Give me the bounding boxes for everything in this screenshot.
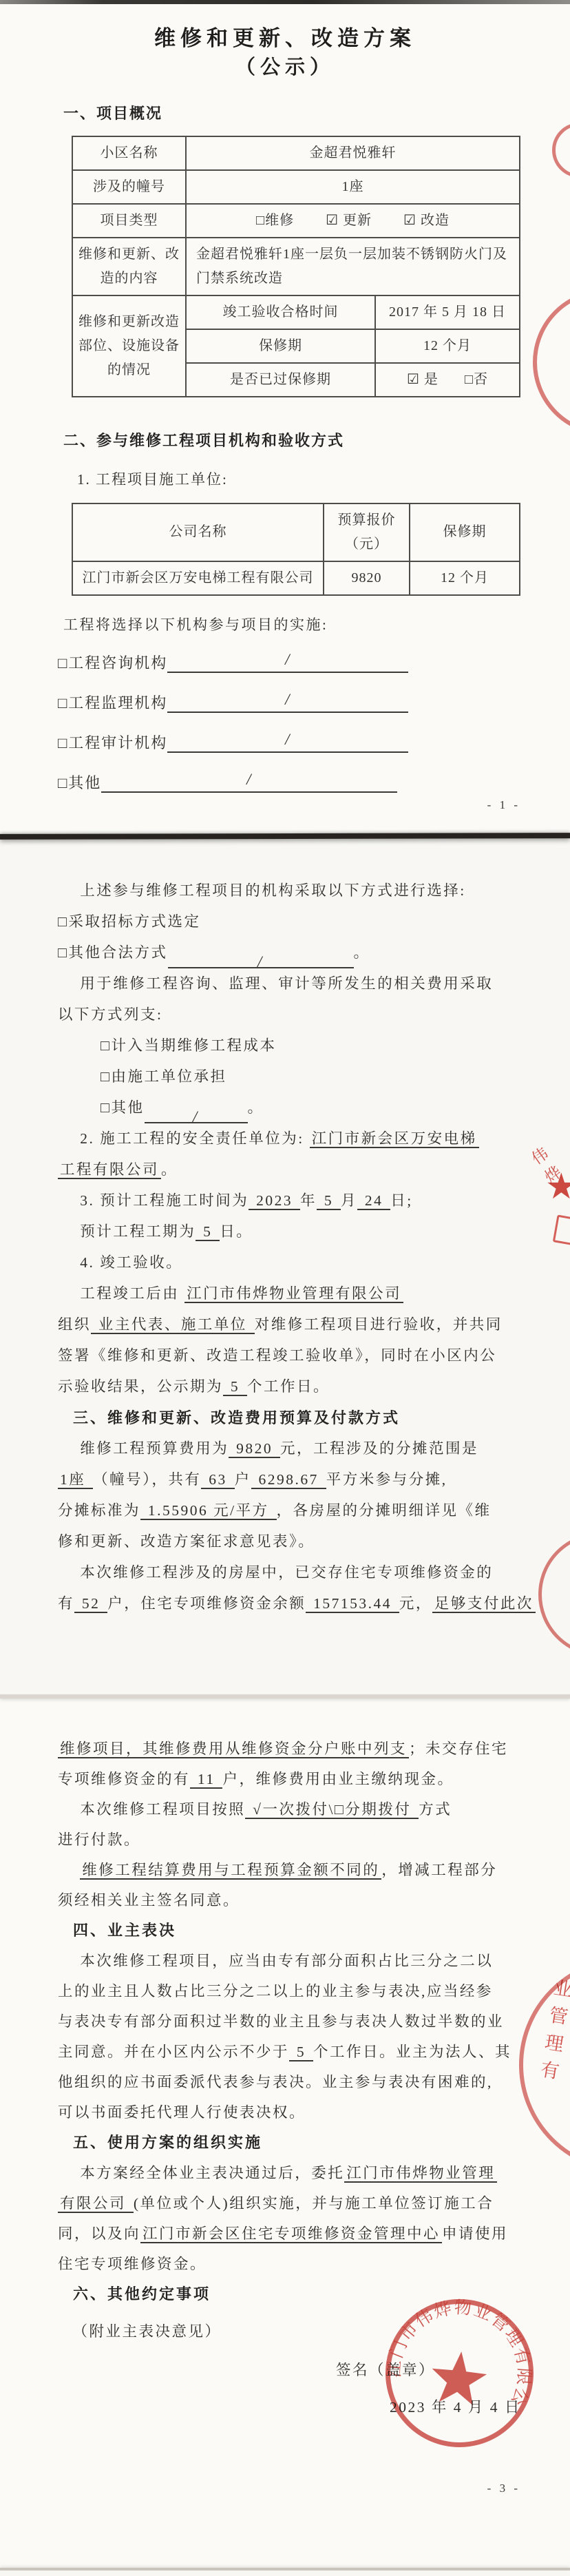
text-line: 工程竣工后由 江门市伟烨物业管理有限公司 [0,1278,570,1309]
text-line: 签署《维修和更新、改造工程竣工验收单》，同时在小区内公 [0,1340,570,1371]
table-row: 维修和更新、改造的内容 金超君悦雅轩1座一层负一层加装不锈钢防火门及门禁系统改造 [72,238,520,295]
text-line: 维修工程预算费用为 9820 元，工程涉及的分摊范围是 [0,1433,570,1464]
underlined-value: 1.55906 元/平方 [140,1502,276,1520]
text-line: □其他合法方式/。 [0,937,570,968]
underlined-value: 5 [317,1192,341,1210]
cell-label: 维修和更新改造部位、设施设备的情况 [72,295,186,397]
cell-value: 金超君悦雅轩1座一层负一层加装不锈钢防火门及门禁系统改造 [186,238,520,295]
text-segment: 元，工程涉及的分摊范围是 [280,1440,478,1457]
text-segment: 户，维修费用由业主缴纳现金。 [222,1771,454,1787]
text-segment: 工程竣工后由 [80,1285,184,1302]
cell-value: ☑ 是 □否 [375,363,520,397]
text-line: 专项维修资金的有 11 户，维修费用由业主缴纳现金。 [0,1764,570,1794]
blank-line: / [167,731,408,753]
text-line: 本次维修工程项目按照 √一次拨付\□分期拨付 方式 [0,1794,570,1825]
cell-budget: 9820 [324,561,410,595]
checkbox-option-renewal: ☑ 更新 [326,209,372,233]
underlined-value: 1座 [58,1471,93,1489]
blank-line: / [167,651,408,673]
text-line: 住宅专项维修资金。 [0,2249,570,2279]
text-line: □由施工单位承担 [0,1061,570,1092]
org-select-intro: 工程将选择以下机构参与项目的实施: [63,614,570,634]
text-segment: 户，住宅专项维修资金余额 [107,1595,306,1612]
text-line: 2. 施工工程的安全责任单位为: 江门市新会区万安电梯 [0,1123,570,1154]
text-segment: 方式 [419,1801,452,1818]
col-header-warranty: 保修期 [410,503,520,561]
text-segment: 元， [399,1595,432,1612]
section-5-heading: 五、使用方案的组织实施 [0,2128,570,2158]
text-segment: 年 [300,1192,317,1209]
text-segment: ，增减工程部分 [381,1862,497,1878]
text-segment: （幢号），共有 [93,1471,201,1488]
underlined-value: 6298.67 [251,1471,326,1489]
checkbox-label: □工程监理机构 [58,694,167,711]
text-line: 与表决专有部分面积过半数的业主且参与表决人数过半数的业 [0,2006,570,2037]
page-number: - 1 - [0,798,570,812]
checkbox-option-repair: □维修 [256,209,294,233]
cell-value: 1座 [186,170,520,204]
contractor-subheading: 1. 工程项目施工单位: [77,468,570,489]
org-option-audit: □工程审计机构/ [58,731,570,754]
text-line: 可以书面委托代理人行使表决权。 [0,2097,570,2128]
text-line: 组织 业主代表、施工单位 对维修工程项目进行验收，并共同 [0,1309,570,1340]
org-option-other: □其他/ [58,771,570,794]
section-3-heading: 三、维修和更新、改造费用预算及付款方式 [0,1402,570,1433]
cell-label: 维修和更新、改造的内容 [72,238,186,295]
text-segment: 个工作日。业主为法人、其 [313,2044,511,2060]
text-line: 上的业主且人数占比三分之二以上的业主参与表决,应当经参 [0,1976,570,2006]
underlined-value: 工程有限公司 [58,1161,161,1179]
text-segment: 平方米参与分摊, [326,1471,447,1488]
blank-line: / [167,691,408,713]
underlined-value: 江门市伟烨物业管理 [344,2165,497,2183]
text-line: 须经相关业主签名同意。 [0,1885,570,1915]
underlined-value: 2023 [249,1192,300,1210]
table-header-row: 公司名称 预算报价（元） 保修期 [72,503,520,561]
text-segment: 本次维修工程项目按照 [80,1801,245,1818]
text-line: 预计工程工期为 5 日。 [0,1216,570,1247]
text-line: 同，以及向江门市新会区住宅专项维修资金管理中心申请使用 [0,2219,570,2249]
section-1-heading: 一、项目概况 [63,102,570,123]
underlined-value: 有限公司 [58,2195,134,2213]
page-2: 上述参与维修工程项目的机构采取以下方式进行选择: □采取招标方式选定 □其他合法… [0,840,570,1696]
text-line: 示验收结果，公示期为 5 个工作日。 [0,1371,570,1402]
underlined-value: 157153.44 [306,1595,399,1613]
text-line: 用于维修工程咨询、监理、审计等所发生的相关费用采取 [0,968,570,999]
text-line: 4. 竣工验收。 [0,1247,570,1278]
page-seam [0,1694,570,1699]
doc-subtitle: （公示） [0,55,570,81]
underlined-value: 足够支付此次 [432,1595,536,1613]
text-segment: 2. 施工工程的安全责任单位为: [80,1130,309,1147]
cell-label: 项目类型 [72,204,186,238]
text-line: 上述参与维修工程项目的机构采取以下方式进行选择: [0,875,570,906]
scan-bottom-edge [0,2568,570,2570]
underlined-value: 业主代表、施工单位 [91,1316,255,1334]
company-seal-stamp: 江门市伟烨物业管理有限公司 [370,2284,548,2462]
text-segment: 3. 预计工程施工时间为 [80,1192,249,1209]
scan-top-edge [0,0,570,4]
text-segment: 有 [58,1595,74,1612]
underlined-value: 江门市新会区住宅专项维修资金管理中心 [140,2225,442,2243]
text-segment: 。 [354,944,370,961]
text-segment: 。 [161,1161,178,1178]
cell-sublabel: 保修期 [186,329,375,363]
cell-value: □维修 ☑ 更新 ☑ 改造 [186,204,520,238]
page-1: 维修和更新、改造方案 （公示） 一、项目概况 小区名称 金超君悦雅轩 涉及的幢号… [0,0,570,835]
text-segment: 专项维修资金的有 [58,1771,190,1787]
text-line: □其他/。 [0,1092,570,1123]
text-line: 分摊标准为 1.55906 元/平方 ，各房屋的分摊明细详见《维 [0,1495,570,1526]
underlined-value: 江门市伟烨物业管理有限公司 [184,1285,403,1303]
table-row: 涉及的幢号 1座 [72,170,520,204]
underlined-value: 52 [74,1595,107,1613]
blank-line: / [145,1101,248,1123]
text-segment: 维修工程预算费用为 [80,1440,229,1457]
underlined-value: 江门市新会区万安电梯 [310,1130,479,1148]
text-segment: 同，以及向 [58,2225,140,2242]
text-line: 本次维修工程涉及的房屋中，已交存住宅专项维修资金的 [0,1557,570,1588]
section-2-heading: 二、参与维修工程项目机构和验收方式 [63,429,570,450]
underlined-value: 24 [357,1192,390,1210]
slash-mark: / [285,691,291,708]
checkbox-label: □工程咨询机构 [58,654,167,672]
text-segment: 预计工程工期为 [80,1223,196,1240]
text-line: 有限公司 (单位或个人)组织实施，并与施工单位签订施工合 [0,2188,570,2219]
slash-mark: / [285,651,291,668]
text-segment: ，各房屋的分摊明细详见《维 [277,1502,492,1519]
underlined-value: 63 [201,1471,234,1489]
section-4-heading: 四、业主表决 [0,1915,570,1946]
org-option-consulting: □工程咨询机构/ [58,651,570,674]
underlined-value: 5 [196,1223,220,1241]
text-segment: 户 [235,1471,251,1488]
text-segment: 申请使用 [442,2225,508,2242]
contractor-table: 公司名称 预算报价（元） 保修期 江门市新会区万安电梯工程有限公司 9820 1… [72,503,520,596]
checkbox-label: □其他 [101,1099,145,1116]
cell-company: 江门市新会区万安电梯工程有限公司 [72,561,324,595]
project-overview-table: 小区名称 金超君悦雅轩 涉及的幢号 1座 项目类型 □维修 ☑ 更新 ☑ 改造 … [72,136,520,397]
text-line: 本方案经全体业主表决通过后，委托江门市伟烨物业管理 [0,2158,570,2188]
cell-sublabel: 是否已过保修期 [186,363,375,397]
table-row: 项目类型 □维修 ☑ 更新 ☑ 改造 [72,204,520,238]
seal-star-icon [429,2349,489,2407]
org-option-supervision: □工程监理机构/ [58,691,570,714]
col-header-company: 公司名称 [72,503,324,561]
scanned-document: 维修和更新、改造方案 （公示） 一、项目概况 小区名称 金超君悦雅轩 涉及的幢号… [0,0,570,2576]
cell-value: 12 个月 [375,329,520,363]
page-seam [0,833,570,840]
blank-line: / [168,946,354,968]
text-line: 工程有限公司。 [0,1154,570,1185]
text-segment: 本方案经全体业主表决通过后，委托 [80,2165,344,2181]
checkbox-option-no: □否 [465,368,488,392]
text-line: 进行付款。 [0,1825,570,1855]
cell-value: 金超君悦雅轩 [186,136,520,170]
col-header-budget: 预算报价（元） [324,503,410,561]
underlined-value: 5 [289,2044,313,2061]
text-segment: 对维修工程项目进行验收，并共同 [255,1316,503,1333]
checkbox-label: □其他合法方式 [58,944,168,961]
underlined-value: 9820 [229,1440,280,1458]
text-line: 以下方式列支: [0,999,570,1030]
underlined-value: 维修项目，其维修费用从维修资金分户账中列支 [58,1741,409,1758]
text-segment: 月 [341,1192,357,1209]
blank-line: / [101,771,397,793]
text-segment: 日; [390,1192,412,1209]
text-line: 修和更新、改造方案征求意见表》。 [0,1526,570,1557]
underlined-value: 11 [190,1771,222,1789]
slash-mark: / [285,731,291,748]
text-line: 3. 预计工程施工时间为 2023 年 5 月 24 日; [0,1185,570,1216]
text-segment: (单位或个人)组织实施，并与施工单位签订施工合 [134,2195,494,2212]
text-line: □采取招标方式选定 [0,906,570,937]
text-segment: 组织 [58,1316,91,1333]
slash-mark: / [246,771,252,788]
text-line: 维修项目，其维修费用从维修资金分户账中列支；未交存住宅 [0,1734,570,1764]
cell-label: 涉及的幢号 [72,170,186,204]
underlined-value: 5 [223,1378,247,1396]
table-row: 江门市新会区万安电梯工程有限公司 9820 12 个月 [72,561,520,595]
checkbox-option-yes: ☑ 是 [407,368,439,392]
cell-sublabel: 竣工验收合格时间 [186,295,375,329]
checkbox-label: □工程审计机构 [58,734,167,751]
table-row: 小区名称 金超君悦雅轩 [72,136,520,170]
text-segment: 个工作日。 [247,1378,330,1395]
text-line: □计入当期维修工程成本 [0,1030,570,1061]
text-segment: 日。 [220,1223,253,1240]
text-line: 主同意。并在小区内公示不少于 5 个工作日。业主为法人、其 [0,2037,570,2067]
cell-label: 小区名称 [72,136,186,170]
text-line: 本次维修工程项目，应当由专有部分面积占比三分之二以 [0,1946,570,1976]
text-segment: 主同意。并在小区内公示不少于 [58,2044,289,2060]
cell-value: 2017 年 5 月 18 日 [375,295,520,329]
checkbox-option-renovation: ☑ 改造 [403,209,450,233]
text-segment: 分摊标准为 [58,1502,140,1519]
text-segment: 示验收结果，公示期为 [58,1378,223,1395]
text-line: 他组织的应书面委派代表参与表决。业主参与表决有困难的, [0,2067,570,2097]
text-line: 有 52 户，住宅专项维修资金余额 157153.44 元，足够支付此次 [0,1588,570,1619]
text-segment: ；未交存住宅 [409,1741,508,1757]
page-number: - 3 - [0,2482,570,2495]
table-row: 维修和更新改造部位、设施设备的情况 竣工验收合格时间 2017 年 5 月 18… [72,295,520,329]
text-line: 维修工程结算费用与工程预算金额不同的，增减工程部分 [0,1855,570,1885]
underlined-value: √一次拨付\□分期拨付 [245,1801,419,1819]
checkbox-label: □其他 [58,774,101,791]
text-segment: 。 [248,1099,264,1116]
cell-warranty: 12 个月 [410,561,520,595]
doc-title: 维修和更新、改造方案 [0,25,570,52]
text-line: 1座 （幢号），共有 63 户 6298.67 平方米参与分摊, [0,1464,570,1495]
underlined-value: 维修工程结算费用与工程预算金额不同的 [80,1862,381,1880]
